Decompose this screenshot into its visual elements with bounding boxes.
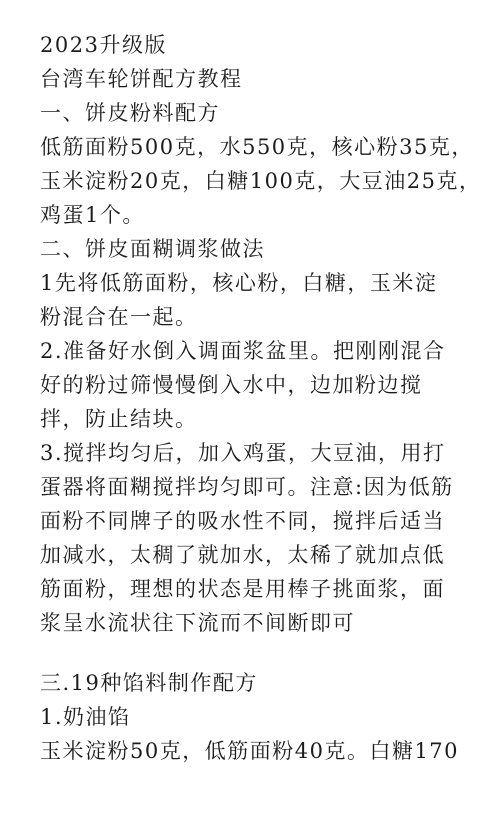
text-line: 面粉不同牌子的吸水性不同，搅拌后适当 bbox=[40, 506, 445, 536]
text-line: 2.准备好水倒入调面浆盆里。把刚刚混合 bbox=[40, 336, 446, 366]
text-line: 粉混合在一起。 bbox=[40, 302, 198, 332]
section-heading-batter-method: 二、饼皮面糊调浆做法 bbox=[40, 234, 265, 264]
subheading-cream-filling: 1.奶油馅 bbox=[40, 702, 131, 732]
text-line: 低筋面粉500克，水550克，核心粉35克， bbox=[40, 132, 474, 162]
section-heading-fillings: 三.19种馅料制作配方 bbox=[40, 668, 258, 698]
text-line: 鸡蛋1个。 bbox=[40, 200, 145, 230]
text-line: 玉米淀粉20克，白糖100克，大豆油25克， bbox=[40, 166, 482, 196]
text-line: 拌，防止结块。 bbox=[40, 404, 198, 434]
text-line: 玉米淀粉50克，低筋面粉40克。白糖170 bbox=[40, 736, 459, 766]
recipe-document: 2023升级版 台湾车轮饼配方教程 一、饼皮粉料配方 低筋面粉500克，水550… bbox=[0, 0, 500, 821]
text-line: 加减水，太稠了就加水，太稀了就加点低 bbox=[40, 540, 445, 570]
edition-label: 2023升级版 bbox=[40, 30, 167, 60]
text-line: 3.搅拌均匀后，加入鸡蛋，大豆油，用打 bbox=[40, 438, 446, 468]
text-line: 好的粉过筛慢慢倒入水中，边加粉边搅 bbox=[40, 370, 423, 400]
section-heading-dough-ingredients: 一、饼皮粉料配方 bbox=[40, 98, 220, 128]
document-title: 台湾车轮饼配方教程 bbox=[40, 64, 243, 94]
text-line: 浆呈水流状往下流而不间断即可 bbox=[40, 608, 355, 638]
text-line: 蛋器将面糊搅拌均匀即可。注意:因为低筋 bbox=[40, 472, 454, 502]
text-line: 筋面粉，理想的状态是用棒子挑面浆，面 bbox=[40, 574, 445, 604]
text-line: 1先将低筋面粉，核心粉，白糖，玉米淀 bbox=[40, 268, 437, 298]
